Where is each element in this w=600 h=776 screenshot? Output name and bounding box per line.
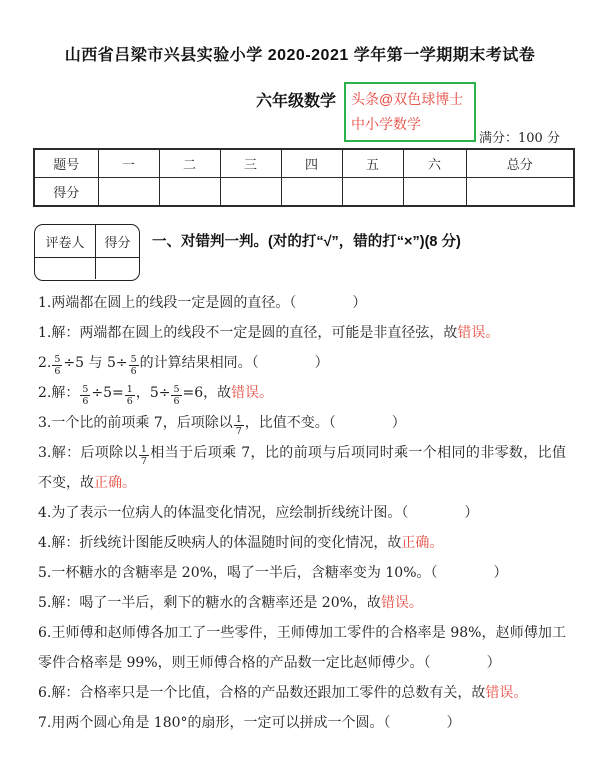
question-text: 2. <box>38 355 51 371</box>
page-title: 山西省吕梁市兴县实验小学 2020-2021 学年第一学期期末考试卷 <box>0 42 600 65</box>
score-entry-cell <box>466 178 574 207</box>
grader-score-label: 得分 <box>96 225 139 257</box>
score-table-header-cell: 四 <box>281 149 342 178</box>
score-entry-cell <box>220 178 281 207</box>
question-text: 的计算结果相同。（ ） <box>140 355 329 371</box>
question-line: 2.解：56÷5=16，5÷56=6，故错误。 <box>38 378 566 408</box>
grader-entry-cell <box>35 258 96 279</box>
question-line: 3.解：后项除以17相当于后项乘 7，比的前项与后项同时乘一个相同的非零数，比值… <box>38 438 566 498</box>
question-line: 5.解：喝了一半后，剩下的糖水的含糖率还是 20%，故错误。 <box>38 588 566 618</box>
question-text: ，比值不变。（ ） <box>245 415 406 431</box>
fraction: 56 <box>171 385 181 407</box>
score-entry-cell <box>403 178 466 207</box>
question-text: 6.王师傅和赵师傅各加工了一些零件，王师傅加工零件的合格率是 98%，赵师傅加工… <box>38 625 566 671</box>
watermark-box: 头条@双色球博士 中小学数学 <box>344 82 476 142</box>
question-line: 2.56÷5 与 5÷56的计算结果相同。（ ） <box>38 348 566 378</box>
question-text: 3.一个比的前项乘 7，后项除以 <box>38 415 233 431</box>
watermark-line1: 头条@双色球博士 <box>351 87 469 112</box>
score-table-header-cell: 六 <box>403 149 466 178</box>
grader-entry-row <box>35 258 139 279</box>
score-entry-cell <box>98 178 159 207</box>
question-text: 1.解：两端都在圆上的线段不一定是圆的直径，可能是非直径弦，故 <box>38 325 457 341</box>
fraction: 56 <box>52 355 62 377</box>
question-text: ，5÷ <box>136 385 171 401</box>
question-text: ÷5 与 5÷ <box>63 355 127 371</box>
question-text: =6，故 <box>183 385 232 401</box>
score-table: 题号一二三四五六总分得分 <box>33 148 575 207</box>
question-text: 5.一杯糖水的含糖率是 20%，喝了一半后，含糖率变为 10%。（ ） <box>38 565 508 581</box>
grader-score-cell <box>96 258 139 279</box>
question-text: 4.为了表示一位病人的体温变化情况，应绘制折线统计图。（ ） <box>38 505 478 521</box>
section-heading: 一、对错判一判。(对的打“√”，错的打“×”)(8 分) <box>152 230 572 251</box>
question-line: 6.王师傅和赵师傅各加工了一些零件，王师傅加工零件的合格率是 98%，赵师傅加工… <box>38 618 566 678</box>
fraction: 16 <box>125 385 135 407</box>
answer-verdict: 正确。 <box>401 535 443 551</box>
full-score-label: 满分：100 分 <box>479 127 560 146</box>
fraction: 17 <box>139 445 149 467</box>
score-entry-cell <box>342 178 403 207</box>
fraction: 56 <box>80 385 90 407</box>
question-text: 5.解：喝了一半后，剩下的糖水的含糖率还是 20%，故 <box>38 595 381 611</box>
question-text: 6.解：合格率只是一个比值，合格的产品数还跟加工零件的总数有关，故 <box>38 685 485 701</box>
question-line: 5.一杯糖水的含糖率是 20%，喝了一半后，含糖率变为 10%。（ ） <box>38 558 566 588</box>
answer-verdict: 错误。 <box>381 595 423 611</box>
grader-box: 评卷人 得分 <box>34 224 140 281</box>
subject-title: 六年级数学 <box>256 88 336 111</box>
score-table-header-cell: 五 <box>342 149 403 178</box>
question-text: 4.解：折线统计图能反映病人的体温随时间的变化情况，故 <box>38 535 401 551</box>
answer-verdict: 正确。 <box>94 475 136 491</box>
answer-verdict: 错误。 <box>231 385 273 401</box>
question-line: 3.一个比的前项乘 7，后项除以17，比值不变。（ ） <box>38 408 566 438</box>
question-line: 6.解：合格率只是一个比值，合格的产品数还跟加工零件的总数有关，故错误。 <box>38 678 566 708</box>
question-text: 2.解： <box>38 385 79 401</box>
score-table-header-cell: 三 <box>220 149 281 178</box>
score-entry-cell <box>281 178 342 207</box>
score-row-label: 得分 <box>34 178 98 207</box>
watermark-line2: 中小学数学 <box>351 112 469 137</box>
question-line: 1.解：两端都在圆上的线段不一定是圆的直径，可能是非直径弦，故错误。 <box>38 318 566 348</box>
question-text: 1.两端都在圆上的线段一定是圆的直径。（ ） <box>38 295 366 311</box>
questions: 1.两端都在圆上的线段一定是圆的直径。（ ）1.解：两端都在圆上的线段不一定是圆… <box>38 288 566 738</box>
exam-paper-page: 山西省吕梁市兴县实验小学 2020-2021 学年第一学期期末考试卷 六年级数学… <box>0 0 600 776</box>
question-text: ÷5= <box>91 385 123 401</box>
grader-label: 评卷人 <box>35 225 96 257</box>
answer-verdict: 错误。 <box>457 325 499 341</box>
fraction: 17 <box>234 415 244 437</box>
score-table-header-cell: 题号 <box>34 149 98 178</box>
score-table-header-cell: 二 <box>159 149 220 178</box>
fraction: 56 <box>129 355 139 377</box>
question-line: 4.为了表示一位病人的体温变化情况，应绘制折线统计图。（ ） <box>38 498 566 528</box>
question-text: 7.用两个圆心角是 180°的扇形，一定可以拼成一个圆。（ ） <box>38 715 461 731</box>
question-text: 3.解：后项除以 <box>38 445 138 461</box>
question-line: 1.两端都在圆上的线段一定是圆的直径。（ ） <box>38 288 566 318</box>
answer-verdict: 错误。 <box>485 685 527 701</box>
question-line: 4.解：折线统计图能反映病人的体温随时间的变化情况，故正确。 <box>38 528 566 558</box>
score-table-header-cell: 一 <box>98 149 159 178</box>
grader-header-row: 评卷人 得分 <box>35 225 139 258</box>
score-table-body: 题号一二三四五六总分得分 <box>34 149 574 206</box>
score-table-header-cell: 总分 <box>466 149 574 178</box>
score-entry-cell <box>159 178 220 207</box>
question-line: 7.用两个圆心角是 180°的扇形，一定可以拼成一个圆。（ ） <box>38 708 566 738</box>
